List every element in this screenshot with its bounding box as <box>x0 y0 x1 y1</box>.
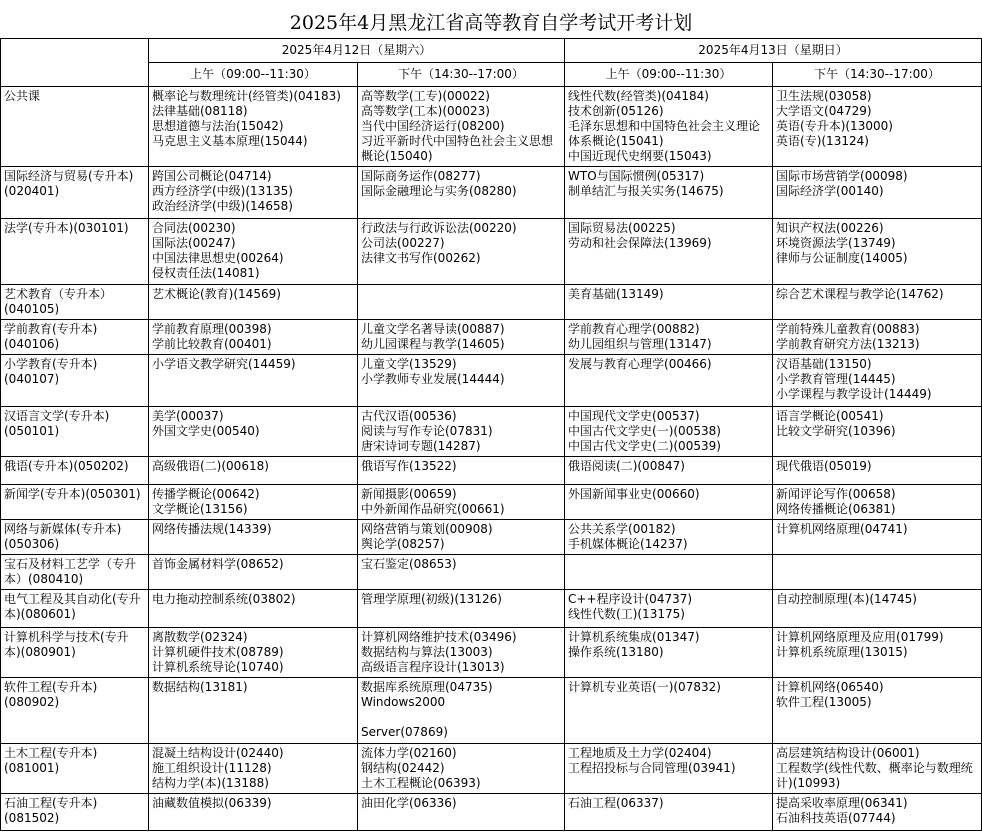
course-item: 国际法(00247) <box>152 236 354 251</box>
session-cell-0412-am: 油藏数值模拟(06339) <box>149 794 358 831</box>
course-item: 制单结汇与报关实务(14675) <box>568 184 769 199</box>
session-cell-0412-pm: 国际商务运作(08277)国际金融理论与实务(08280) <box>358 167 565 219</box>
course-item: 流体力学(02160) <box>361 746 561 761</box>
course-item: 手机媒体概论(14237) <box>568 537 769 552</box>
session-cell-0413-am: 计算机专业英语(一)(07832) <box>565 678 773 744</box>
table-row: 艺术教育（专升本）(040105)艺术概论(教育)(14569)美育基础(131… <box>1 285 982 320</box>
course-item: 公共关系学(00182) <box>568 522 769 537</box>
session-cell-0413-pm: 计算机网络原理及应用(01799)计算机系统原理(13015) <box>773 628 982 678</box>
session-cell-0413-am: 国际贸易法(00225)劳动和社会保障法(13969) <box>565 219 773 285</box>
course-item: 外国文学史(00540) <box>152 424 354 439</box>
session-header-0413-pm: 下午（14:30--17:00） <box>773 63 982 87</box>
major-label: 土木工程(专升本)(081001) <box>4 746 145 776</box>
course-item: 小学语文教学研究(14459) <box>152 357 354 372</box>
course-item: 传播学概论(00642) <box>152 487 354 502</box>
session-cell-0412-am: 美学(00037)外国文学史(00540) <box>149 407 358 457</box>
major-cell: 公共课 <box>1 87 149 167</box>
course-item: 环境资源法学(13749) <box>776 236 978 251</box>
course-item: 知识产权法(00226) <box>776 221 978 236</box>
session-cell-0413-am: 线性代数(经管类)(04184)技术创新(05126)毛泽东思想和中国特色社会主… <box>565 87 773 167</box>
course-item: 中国古代文学史(二)(00539) <box>568 439 769 454</box>
session-cell-0412-pm: 儿童文学(13529)小学教师专业发展(14444) <box>358 355 565 407</box>
course-item: 中国古代文学史(一)(00538) <box>568 424 769 439</box>
course-item: 高等数学(工专)(00022) <box>361 89 561 104</box>
session-cell-0413-pm: 高层建筑结构设计(06001)工程数学(线性代数、概率论与数理统计)(10993… <box>773 744 982 794</box>
table-row: 学前教育(专升本)(040106)学前教育原理(00398)学前比较教育(004… <box>1 320 982 355</box>
session-cell-0412-am: 跨国公司概论(04714)西方经济学(中级)(13135)政治经济学(中级)(1… <box>149 167 358 219</box>
course-item: 网络营销与策划(00908) <box>361 522 561 537</box>
major-header-cell <box>1 39 149 87</box>
course-item: 中国现代文学史(00537) <box>568 409 769 424</box>
exam-schedule-table: 2025年4月12日（星期六） 2025年4月13日（星期日） 上午（09:00… <box>0 38 982 831</box>
table-row: 计算机科学与技术(专升本)(080901)离散数学(02324)计算机硬件技术(… <box>1 628 982 678</box>
table-row: 俄语(专升本)(050202)高级俄语(二)(00618)俄语写作(13522)… <box>1 457 982 485</box>
session-cell-0413-pm: 综合艺术课程与教学论(14762) <box>773 285 982 320</box>
session-cell-0413-am: 发展与教育心理学(00466) <box>565 355 773 407</box>
major-cell: 宝石及材料工艺学（专升本）(080410) <box>1 555 149 590</box>
course-item: 土木工程概论(06393) <box>361 776 561 791</box>
course-item: 英语(专)(13124) <box>776 134 978 149</box>
course-item: 法律文书写作(00262) <box>361 251 561 266</box>
session-cell-0413-am: 公共关系学(00182)手机媒体概论(14237) <box>565 520 773 555</box>
table-row: 网络与新媒体(专升本)(050306)网络传播法规(14339)网络营销与策划(… <box>1 520 982 555</box>
course-item: 美育基础(13149) <box>568 287 769 302</box>
course-item: 计算机系统导论(10740) <box>152 660 354 675</box>
course-item: 阅读与写作专论(07831) <box>361 424 561 439</box>
course-item: 计算机网络原理及应用(01799) <box>776 630 978 645</box>
table-row: 电气工程及其自动化(专升本)(080601)电力拖动控制系统(03802)管理学… <box>1 590 982 628</box>
major-label: 石油工程(专升本)(081502) <box>4 796 145 826</box>
session-header-row: 上午（09:00--11:30） 下午（14:30--17:00） 上午（09:… <box>1 63 982 87</box>
session-cell-0413-am: 俄语阅读(二)(00847) <box>565 457 773 485</box>
page-title: 2025年4月黑龙江省高等教育自学考试开考计划 <box>0 0 982 38</box>
course-item: 卫生法规(03058) <box>776 89 978 104</box>
course-item: 结构力学(本)(13188) <box>152 776 354 791</box>
schedule-body: 公共课概率论与数理统计(经管类)(04183)法律基础(08118)思想道德与法… <box>1 87 982 831</box>
major-cell: 汉语言文学(专升本)(050101) <box>1 407 149 457</box>
major-label: 国际经济与贸易(专升本)(020401) <box>4 169 145 199</box>
course-item: 儿童文学(13529) <box>361 357 561 372</box>
major-label: 宝石及材料工艺学（专升本）(080410) <box>4 557 145 587</box>
table-row: 小学教育(专升本)(040107)小学语文教学研究(14459)儿童文学(135… <box>1 355 982 407</box>
session-cell-0413-pm: 计算机网络(06540)软件工程(13005) <box>773 678 982 744</box>
major-cell: 艺术教育（专升本）(040105) <box>1 285 149 320</box>
major-label: 小学教育(专升本)(040107) <box>4 357 145 387</box>
session-header-0413-am: 上午（09:00--11:30） <box>565 63 773 87</box>
course-item: 合同法(00230) <box>152 221 354 236</box>
course-item: 汉语基础(13150) <box>776 357 978 372</box>
session-cell-0412-pm: 儿童文学名著导读(00887)幼儿园课程与教学(14605) <box>358 320 565 355</box>
major-cell: 石油工程(专升本)(081502) <box>1 794 149 831</box>
course-item: 舆论学(08257) <box>361 537 561 552</box>
course-item: 宝石鉴定(08653) <box>361 557 561 572</box>
major-label: 俄语(专升本)(050202) <box>4 459 145 474</box>
course-item: 提高采收率原理(06341) <box>776 796 978 811</box>
major-cell: 俄语(专升本)(050202) <box>1 457 149 485</box>
table-row: 软件工程(专升本)(080902)数据结构(13181)数据库系统原理(0473… <box>1 678 982 744</box>
session-cell-0412-am: 小学语文教学研究(14459) <box>149 355 358 407</box>
course-item: 学前教育原理(00398) <box>152 322 354 337</box>
course-item: 跨国公司概论(04714) <box>152 169 354 184</box>
course-item: 国际金融理论与实务(08280) <box>361 184 561 199</box>
session-cell-0412-pm: 高等数学(工专)(00022)高等数学(工本)(00023)当代中国经济运行(0… <box>358 87 565 167</box>
major-label: 艺术教育（专升本）(040105) <box>4 287 145 317</box>
major-label: 汉语言文学(专升本)(050101) <box>4 409 145 439</box>
session-cell-0413-pm: 现代俄语(05019) <box>773 457 982 485</box>
course-item: 操作系统(13180) <box>568 645 769 660</box>
course-item: 计算机系统原理(13015) <box>776 645 978 660</box>
major-label: 电气工程及其自动化(专升本)(080601) <box>4 592 145 622</box>
course-item: 石油工程(06337) <box>568 796 769 811</box>
course-item: 国际贸易法(00225) <box>568 221 769 236</box>
session-cell-0413-pm <box>773 555 982 590</box>
day-header-0413: 2025年4月13日（星期日） <box>565 39 982 63</box>
course-item: 国际市场营销学(00098) <box>776 169 978 184</box>
table-row: 国际经济与贸易(专升本)(020401)跨国公司概论(04714)西方经济学(中… <box>1 167 982 219</box>
day-header-row: 2025年4月12日（星期六） 2025年4月13日（星期日） <box>1 39 982 63</box>
major-label: 网络与新媒体(专升本)(050306) <box>4 522 145 552</box>
major-label: 新闻学(专升本)(050301) <box>4 487 145 502</box>
major-cell: 小学教育(专升本)(040107) <box>1 355 149 407</box>
session-cell-0413-pm: 自动控制原理(本)(14745) <box>773 590 982 628</box>
session-cell-0412-pm: 油田化学(06336) <box>358 794 565 831</box>
session-cell-0413-pm: 计算机网络原理(04741) <box>773 520 982 555</box>
major-cell: 学前教育(专升本)(040106) <box>1 320 149 355</box>
course-item: 混凝土结构设计(02440) <box>152 746 354 761</box>
session-cell-0412-pm <box>358 285 565 320</box>
session-cell-0412-pm: 网络营销与策划(00908)舆论学(08257) <box>358 520 565 555</box>
course-item: 当代中国经济运行(08200) <box>361 119 561 134</box>
session-cell-0412-pm: 数据库系统原理(04735)Windows2000 Server(07869) <box>358 678 565 744</box>
course-item: C++程序设计(04737) <box>568 592 769 607</box>
major-cell: 国际经济与贸易(专升本)(020401) <box>1 167 149 219</box>
course-item: 中国法律思想史(00264) <box>152 251 354 266</box>
major-cell: 计算机科学与技术(专升本)(080901) <box>1 628 149 678</box>
course-item: 管理学原理(初级)(13126) <box>361 592 561 607</box>
course-item: 唐宋诗词专题(14287) <box>361 439 561 454</box>
course-item: 政治经济学(中级)(14658) <box>152 199 354 214</box>
course-item: 计算机硬件技术(08789) <box>152 645 354 660</box>
course-item: 小学教育管理(14445) <box>776 372 978 387</box>
course-item: 软件工程(13005) <box>776 695 978 710</box>
course-item: 工程数学(线性代数、概率论与数理统计)(10993) <box>776 761 978 791</box>
course-item: 线性代数(工)(13175) <box>568 607 769 622</box>
course-item: 法律基础(08118) <box>152 104 354 119</box>
session-cell-0413-pm: 新闻评论写作(00658)网络传播概论(06381) <box>773 485 982 520</box>
session-cell-0412-am: 概率论与数理统计(经管类)(04183)法律基础(08118)思想道德与法治(1… <box>149 87 358 167</box>
course-item: 高等数学(工本)(00023) <box>361 104 561 119</box>
table-row: 汉语言文学(专升本)(050101)美学(00037)外国文学史(00540)古… <box>1 407 982 457</box>
course-item: 新闻摄影(00659) <box>361 487 561 502</box>
course-item: 学前教育研究方法(13213) <box>776 337 978 352</box>
session-cell-0412-pm: 行政法与行政诉讼法(00220)公司法(00227)法律文书写作(00262) <box>358 219 565 285</box>
session-cell-0412-am: 传播学概论(00642)文学概论(13156) <box>149 485 358 520</box>
course-item: 数据结构(13181) <box>152 680 354 695</box>
session-cell-0413-pm: 学前特殊儿童教育(00883)学前教育研究方法(13213) <box>773 320 982 355</box>
session-cell-0413-am: 学前教育心理学(00882)幼儿园组织与管理(13147) <box>565 320 773 355</box>
course-item: 计算机网络维护技术(03496) <box>361 630 561 645</box>
course-item: 小学教师专业发展(14444) <box>361 372 561 387</box>
session-cell-0412-am: 网络传播法规(14339) <box>149 520 358 555</box>
course-item: 钢结构(02442) <box>361 761 561 776</box>
course-item: 小学课程与教学设计(14449) <box>776 387 978 402</box>
course-item: 油藏数值模拟(06339) <box>152 796 354 811</box>
course-item: 中外新闻作品研究(00661) <box>361 502 561 517</box>
major-cell: 土木工程(专升本)(081001) <box>1 744 149 794</box>
course-item: 电力拖动控制系统(03802) <box>152 592 354 607</box>
major-cell: 软件工程(专升本)(080902) <box>1 678 149 744</box>
session-cell-0412-pm: 新闻摄影(00659)中外新闻作品研究(00661) <box>358 485 565 520</box>
session-cell-0413-am: 计算机系统集成(01347)操作系统(13180) <box>565 628 773 678</box>
course-item: 毛泽东思想和中国特色社会主义理论体系概论(15041) <box>568 119 769 149</box>
course-item: 幼儿园组织与管理(13147) <box>568 337 769 352</box>
course-item: 习近平新时代中国特色社会主义思想概论(15040) <box>361 134 561 164</box>
course-item: 离散数学(02324) <box>152 630 354 645</box>
course-item: 艺术概论(教育)(14569) <box>152 287 354 302</box>
course-item: 儿童文学名著导读(00887) <box>361 322 561 337</box>
course-item: 石油科技英语(07744) <box>776 811 978 826</box>
course-item: 高级语言程序设计(13013) <box>361 660 561 675</box>
session-cell-0413-pm: 语言学概论(00541)比较文学研究(10396) <box>773 407 982 457</box>
day-header-0412: 2025年4月12日（星期六） <box>149 39 565 63</box>
session-cell-0413-am: WTO与国际惯例(05317)制单结汇与报关实务(14675) <box>565 167 773 219</box>
course-item <box>361 710 561 725</box>
table-row: 土木工程(专升本)(081001)混凝土结构设计(02440)施工组织设计(11… <box>1 744 982 794</box>
course-item: 语言学概论(00541) <box>776 409 978 424</box>
course-item: 学前比较教育(00401) <box>152 337 354 352</box>
session-cell-0412-am: 首饰金属材料学(08652) <box>149 555 358 590</box>
session-cell-0412-pm: 管理学原理(初级)(13126) <box>358 590 565 628</box>
session-cell-0412-pm: 俄语写作(13522) <box>358 457 565 485</box>
course-item: 网络传播概论(06381) <box>776 502 978 517</box>
course-item: 思想道德与法治(15042) <box>152 119 354 134</box>
session-cell-0412-am: 数据结构(13181) <box>149 678 358 744</box>
session-cell-0412-pm: 流体力学(02160)钢结构(02442)土木工程概论(06393) <box>358 744 565 794</box>
major-label: 软件工程(专升本)(080902) <box>4 680 145 710</box>
course-item: Windows2000 <box>361 695 561 710</box>
course-item: 劳动和社会保障法(13969) <box>568 236 769 251</box>
major-cell: 法学(专升本)(030101) <box>1 219 149 285</box>
session-cell-0413-am: 中国现代文学史(00537)中国古代文学史(一)(00538)中国古代文学史(二… <box>565 407 773 457</box>
session-cell-0413-pm: 卫生法规(03058)大学语文(04729)英语(专升本)(13000)英语(专… <box>773 87 982 167</box>
course-item: 中国近现代史纲要(15043) <box>568 149 769 164</box>
course-item: 综合艺术课程与教学论(14762) <box>776 287 978 302</box>
major-cell: 新闻学(专升本)(050301) <box>1 485 149 520</box>
course-item: 马克思主义基本原理(15044) <box>152 134 354 149</box>
course-item: 英语(专升本)(13000) <box>776 119 978 134</box>
session-cell-0412-pm: 宝石鉴定(08653) <box>358 555 565 590</box>
course-item: 计算机专业英语(一)(07832) <box>568 680 769 695</box>
course-item: Server(07869) <box>361 725 561 740</box>
course-item: 自动控制原理(本)(14745) <box>776 592 978 607</box>
course-item: 数据结构与算法(13003) <box>361 645 561 660</box>
session-cell-0413-pm: 知识产权法(00226)环境资源法学(13749)律师与公证制度(14005) <box>773 219 982 285</box>
major-cell: 网络与新媒体(专升本)(050306) <box>1 520 149 555</box>
session-cell-0412-am: 艺术概论(教育)(14569) <box>149 285 358 320</box>
course-item: 大学语文(04729) <box>776 104 978 119</box>
table-row: 法学(专升本)(030101)合同法(00230)国际法(00247)中国法律思… <box>1 219 982 285</box>
major-label: 法学(专升本)(030101) <box>4 221 145 236</box>
course-item: 幼儿园课程与教学(14605) <box>361 337 561 352</box>
course-item: 公司法(00227) <box>361 236 561 251</box>
session-cell-0413-am: C++程序设计(04737)线性代数(工)(13175) <box>565 590 773 628</box>
session-cell-0413-am: 美育基础(13149) <box>565 285 773 320</box>
course-item: WTO与国际惯例(05317) <box>568 169 769 184</box>
session-cell-0412-am: 离散数学(02324)计算机硬件技术(08789)计算机系统导论(10740) <box>149 628 358 678</box>
session-cell-0412-pm: 计算机网络维护技术(03496)数据结构与算法(13003)高级语言程序设计(1… <box>358 628 565 678</box>
course-item: 行政法与行政诉讼法(00220) <box>361 221 561 236</box>
session-cell-0412-am: 高级俄语(二)(00618) <box>149 457 358 485</box>
course-item: 俄语阅读(二)(00847) <box>568 459 769 474</box>
session-cell-0413-am <box>565 555 773 590</box>
course-item: 发展与教育心理学(00466) <box>568 357 769 372</box>
course-item: 新闻评论写作(00658) <box>776 487 978 502</box>
course-item: 概率论与数理统计(经管类)(04183) <box>152 89 354 104</box>
session-header-0412-pm: 下午（14:30--17:00） <box>358 63 565 87</box>
session-header-0412-am: 上午（09:00--11:30） <box>149 63 358 87</box>
course-item: 俄语写作(13522) <box>361 459 561 474</box>
major-label: 计算机科学与技术(专升本)(080901) <box>4 630 145 660</box>
session-cell-0413-pm: 汉语基础(13150)小学教育管理(14445)小学课程与教学设计(14449) <box>773 355 982 407</box>
course-item: 计算机网络原理(04741) <box>776 522 978 537</box>
course-item: 西方经济学(中级)(13135) <box>152 184 354 199</box>
major-label: 公共课 <box>4 89 145 104</box>
session-cell-0412-am: 电力拖动控制系统(03802) <box>149 590 358 628</box>
session-cell-0412-am: 合同法(00230)国际法(00247)中国法律思想史(00264)侵权责任法(… <box>149 219 358 285</box>
session-cell-0413-pm: 国际市场营销学(00098)国际经济学(00140) <box>773 167 982 219</box>
course-item: 学前特殊儿童教育(00883) <box>776 322 978 337</box>
session-cell-0412-pm: 古代汉语(00536)阅读与写作专论(07831)唐宋诗词专题(14287) <box>358 407 565 457</box>
course-item: 古代汉语(00536) <box>361 409 561 424</box>
course-item: 油田化学(06336) <box>361 796 561 811</box>
course-item: 高级俄语(二)(00618) <box>152 459 354 474</box>
course-item: 技术创新(05126) <box>568 104 769 119</box>
session-cell-0413-am: 外国新闻事业史(00660) <box>565 485 773 520</box>
session-cell-0413-am: 工程地质及土力学(02404)工程招投标与合同管理(03941) <box>565 744 773 794</box>
course-item: 工程招投标与合同管理(03941) <box>568 761 769 776</box>
course-item: 计算机网络(06540) <box>776 680 978 695</box>
course-item: 首饰金属材料学(08652) <box>152 557 354 572</box>
course-item: 施工组织设计(11128) <box>152 761 354 776</box>
course-item: 国际经济学(00140) <box>776 184 978 199</box>
major-label: 学前教育(专升本)(040106) <box>4 322 145 352</box>
course-item: 工程地质及土力学(02404) <box>568 746 769 761</box>
course-item: 网络传播法规(14339) <box>152 522 354 537</box>
course-item: 学前教育心理学(00882) <box>568 322 769 337</box>
table-row: 公共课概率论与数理统计(经管类)(04183)法律基础(08118)思想道德与法… <box>1 87 982 167</box>
course-item: 律师与公证制度(14005) <box>776 251 978 266</box>
course-item: 数据库系统原理(04735) <box>361 680 561 695</box>
course-item: 线性代数(经管类)(04184) <box>568 89 769 104</box>
course-item: 美学(00037) <box>152 409 354 424</box>
course-item: 文学概论(13156) <box>152 502 354 517</box>
course-item: 比较文学研究(10396) <box>776 424 978 439</box>
course-item: 侵权责任法(14081) <box>152 266 354 281</box>
table-row: 石油工程(专升本)(081502)油藏数值模拟(06339)油田化学(06336… <box>1 794 982 831</box>
session-cell-0413-pm: 提高采收率原理(06341)石油科技英语(07744) <box>773 794 982 831</box>
course-item: 国际商务运作(08277) <box>361 169 561 184</box>
course-item: 高层建筑结构设计(06001) <box>776 746 978 761</box>
course-item: 外国新闻事业史(00660) <box>568 487 769 502</box>
table-row: 新闻学(专升本)(050301)传播学概论(00642)文学概论(13156)新… <box>1 485 982 520</box>
session-cell-0412-am: 混凝土结构设计(02440)施工组织设计(11128)结构力学(本)(13188… <box>149 744 358 794</box>
table-row: 宝石及材料工艺学（专升本）(080410)首饰金属材料学(08652)宝石鉴定(… <box>1 555 982 590</box>
session-cell-0412-am: 学前教育原理(00398)学前比较教育(00401) <box>149 320 358 355</box>
major-cell: 电气工程及其自动化(专升本)(080601) <box>1 590 149 628</box>
course-item: 计算机系统集成(01347) <box>568 630 769 645</box>
course-item: 现代俄语(05019) <box>776 459 978 474</box>
session-cell-0413-am: 石油工程(06337) <box>565 794 773 831</box>
